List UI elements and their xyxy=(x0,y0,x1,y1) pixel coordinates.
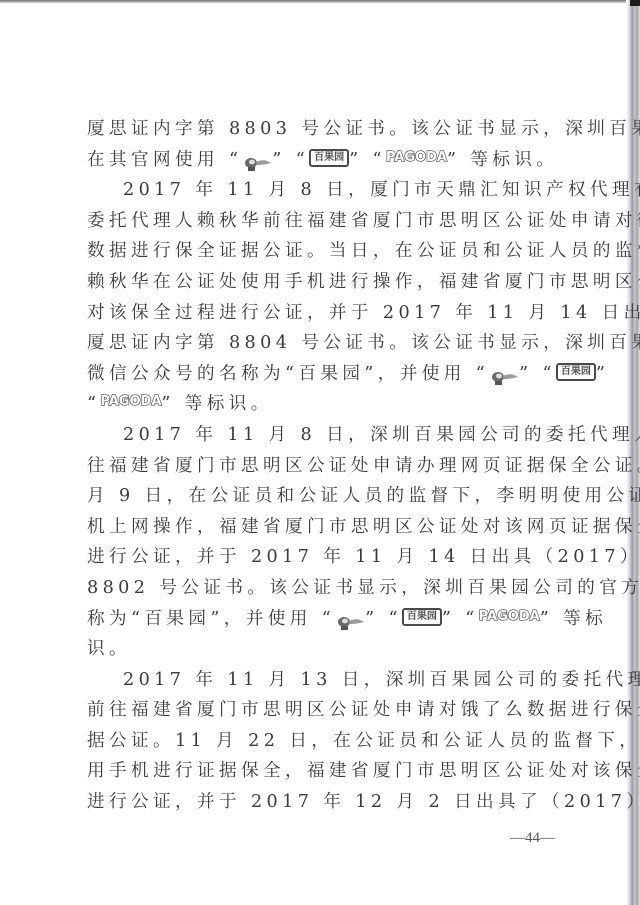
scan-top-edge xyxy=(0,0,640,3)
text-line: 前往福建省厦门市思明区公证处申请对饿了么数据进行保全证 xyxy=(87,695,559,726)
text-segment: “ xyxy=(87,394,100,414)
text-line-with-logos: 微信公众号的名称为“百果园”，并使用 “” “百果园” xyxy=(87,359,559,390)
text-line: 厦思证内字第 8803 号公证书。该公证书显示，深圳百果园公司 xyxy=(87,114,559,145)
paragraph-start: 2017 年 11 月 8 日，深圳百果园公司的委托代理人李明明前 xyxy=(87,420,559,451)
text-segment: ” “ xyxy=(442,609,479,629)
text-line: 月 9 日，在公证员和公证人员的监督下，李明明使用公证处计算 xyxy=(87,481,559,512)
text-segment: ” xyxy=(596,364,609,384)
text-line: 据公证。11 月 22 日，在公证员和公证人员的监督下，李明明使 xyxy=(87,726,559,757)
text-line-with-logos: 称为“百果园”，并使用 “” “百果园” “PAGODA” 等标 xyxy=(87,604,559,635)
text-segment: ” 等标识。 xyxy=(161,394,272,414)
pagoda-logo-icon: PAGODA xyxy=(386,150,447,166)
baiguoyuan-logo-icon: 百果园 xyxy=(402,608,442,626)
text-line-with-logos: “PAGODA” 等标识。 xyxy=(87,389,559,420)
mascot-logo-icon xyxy=(335,610,365,624)
text-segment: 在其官网使用 “ xyxy=(87,150,242,170)
text-line: 8802 号公证书。该公证书显示，深圳百果园公司的官方微博名 xyxy=(87,573,559,604)
text-segment: ” 等标识。 xyxy=(447,150,558,170)
text-line-with-logos: 在其官网使用 “” “百果园” “PAGODA” 等标识。 xyxy=(87,145,559,176)
pagoda-logo-icon: PAGODA xyxy=(479,609,540,625)
text-line: 识。 xyxy=(87,634,559,665)
text-segment: ” 等标 xyxy=(540,609,607,629)
scan-corner xyxy=(630,0,640,6)
text-line: 数据进行保全证据公证。当日，在公证员和公证人员的监督下， xyxy=(87,236,559,267)
paragraph-start: 2017 年 11 月 13 日，深圳百果园公司的委托代理人李明明 xyxy=(87,665,559,696)
mascot-logo-icon xyxy=(242,151,272,165)
text-line: 进行公证，并于 2017 年 12 月 2 日出具了（2017）厦思证内字第 xyxy=(87,787,559,818)
text-segment: ” “ xyxy=(519,364,556,384)
text-line: 委托代理人赖秋华前往福建省厦门市思明区公证处申请对微信 xyxy=(87,206,559,237)
baiguoyuan-logo-icon: 百果园 xyxy=(556,363,596,381)
text-line: 往福建省厦门市思明区公证处申请办理网页证据保全公证。11 xyxy=(87,451,559,482)
text-line: 对该保全过程进行公证，并于 2017 年 11 月 14 日出具（2017） xyxy=(87,298,559,329)
text-segment: 微信公众号的名称为“百果园”，并使用 “ xyxy=(87,364,489,384)
text-line: 赖秋华在公证处使用手机进行操作，福建省厦门市思明区公证处 xyxy=(87,267,559,298)
pagoda-logo-icon: PAGODA xyxy=(100,394,161,410)
paragraph-start: 2017 年 11 月 8 日，厦门市天鼎汇知识产权代理有限公司的 xyxy=(87,175,559,206)
text-segment: ” “ xyxy=(272,150,309,170)
text-segment: 称为“百果园”，并使用 “ xyxy=(87,609,335,629)
page-number: —44— xyxy=(510,830,555,847)
text-line: 用手机进行证据保全，福建省厦门市思明区公证处对该保全过程 xyxy=(87,756,559,787)
text-line: 厦思证内字第 8804 号公证书。该公证书显示，深圳百果园公司 xyxy=(87,328,559,359)
text-segment: ” “ xyxy=(349,150,386,170)
text-segment: ” “ xyxy=(365,609,402,629)
document-body: 厦思证内字第 8803 号公证书。该公证书显示，深圳百果园公司 在其官网使用 “… xyxy=(87,114,559,818)
text-line: 进行公证，并于 2017 年 11 月 14 日出具（2017）厦思证内字第 xyxy=(87,542,559,573)
text-line: 机上网操作，福建省厦门市思明区公证处对该网页证据保全过程 xyxy=(87,512,559,543)
baiguoyuan-logo-icon: 百果园 xyxy=(309,149,349,167)
mascot-logo-icon xyxy=(489,365,519,379)
